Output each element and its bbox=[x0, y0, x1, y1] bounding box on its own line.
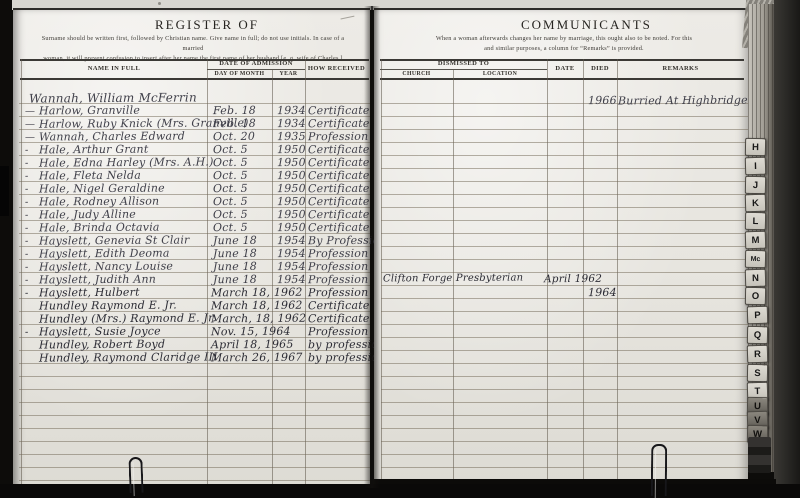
entry-name: Hale, Rodney Allison bbox=[39, 194, 159, 208]
entry-dash: - bbox=[25, 235, 29, 246]
entry-name: Hale, Fleta Nelda bbox=[39, 168, 141, 182]
entry-dash: - bbox=[25, 170, 29, 181]
entry-remarks: Burried At Highbridge bbox=[618, 93, 748, 107]
entry-name: Hundley (Mrs.) Raymond E. Jr. bbox=[39, 311, 216, 325]
entry-year: 1950 bbox=[277, 155, 306, 168]
entry-year: 1954 bbox=[277, 246, 306, 259]
paper-clip-wire bbox=[133, 462, 138, 496]
index-tab-s: S bbox=[747, 364, 768, 382]
index-tab-p: P bbox=[747, 306, 768, 325]
communicant-row: 1966Burried At Highbridge bbox=[374, 94, 748, 107]
entry-dash: - bbox=[25, 248, 29, 259]
col-date-of-admission: DATE OF ADMISSION bbox=[207, 60, 305, 67]
register-row: -Hale, Arthur GrantOct. 51950Certificate bbox=[13, 143, 370, 156]
entry-how-received: Certificate bbox=[308, 181, 370, 194]
register-row: -Hayslett, Nancy LouiseJune 181954Profes… bbox=[13, 260, 370, 273]
index-tab-l: L bbox=[745, 212, 766, 230]
bottom-edge bbox=[0, 484, 800, 498]
entry-date-full: Nov. 15, 1964 bbox=[211, 324, 291, 338]
entry-day: Oct. 5 bbox=[213, 207, 248, 220]
register-row: Hundley, Robert BoydApril 18, 1965by pro… bbox=[13, 338, 370, 351]
entry-day: Feb. 18 bbox=[213, 103, 256, 116]
entry-dash: — bbox=[25, 118, 35, 129]
col-year: YEAR bbox=[272, 71, 305, 77]
entry-day: Oct. 5 bbox=[213, 220, 248, 233]
entry-died: 1964 bbox=[588, 285, 617, 298]
entry-year: 1954 bbox=[277, 233, 306, 246]
entry-name: Hayslett, Susie Joyce bbox=[39, 324, 161, 338]
entry-day: Feb. 18 bbox=[213, 116, 256, 129]
index-tab-r: R bbox=[747, 345, 768, 364]
register-row: -Hale, Rodney AllisonOct. 51950Certifica… bbox=[13, 195, 370, 208]
entry-dash: - bbox=[25, 326, 29, 337]
register-row: Hundley Raymond E. Jr.March 18, 1962Cert… bbox=[13, 299, 370, 312]
entry-how-received: Profession bbox=[308, 246, 368, 259]
left-page-title: REGISTER OF bbox=[155, 17, 259, 33]
entry-dismissed-date: April 1962 bbox=[544, 272, 602, 284]
entry-how-received: Certificate bbox=[308, 142, 370, 155]
entry-name: Hale, Arthur Grant bbox=[39, 142, 149, 156]
entry-date-full: April 18, 1965 bbox=[211, 337, 294, 351]
entry-dash: - bbox=[25, 144, 29, 155]
entry-date-full: March 26, 1967 bbox=[211, 350, 303, 364]
col-date: DATE bbox=[547, 65, 583, 72]
entry-dash: — bbox=[25, 131, 35, 142]
index-tab-j: J bbox=[745, 176, 766, 194]
entry-dash: - bbox=[25, 209, 29, 220]
entry-day: June 18 bbox=[213, 272, 257, 285]
entry-how-received: Profession bbox=[308, 259, 368, 272]
entry-name: Hale, Judy Alline bbox=[39, 207, 136, 221]
entry-year: 1934 bbox=[277, 103, 306, 116]
index-tab-m: M bbox=[745, 231, 766, 250]
entry-name: Hale, Brinda Octavia bbox=[39, 220, 160, 234]
entry-name: Hale, Edna Harley (Mrs. A.H.) bbox=[39, 155, 214, 169]
entry-dash: - bbox=[25, 157, 29, 168]
header-band-bottom-rule bbox=[380, 78, 744, 80]
entry-dash: - bbox=[25, 287, 29, 298]
col-day-of-month: DAY OF MONTH bbox=[207, 71, 272, 77]
index-tab-h: H bbox=[745, 138, 766, 156]
register-row: —Harlow, Ruby Knick (Mrs. Granville)Feb.… bbox=[13, 117, 370, 130]
entry-day: June 18 bbox=[213, 233, 257, 246]
register-row: -Hayslett, Judith AnnJune 181954Professi… bbox=[13, 273, 370, 286]
register-book-scan: REGISTER OF Surname should be written fi… bbox=[0, 0, 800, 498]
entry-how-received: Profession bbox=[308, 285, 368, 298]
register-row: -Hale, Nigel GeraldineOct. 51950Certific… bbox=[13, 182, 370, 195]
register-row: Wannah, William McFerrin bbox=[13, 91, 370, 104]
register-row: Hundley (Mrs.) Raymond E. Jr.March, 18, … bbox=[13, 312, 370, 325]
register-row: —Harlow, GranvilleFeb. 181934Certificate bbox=[13, 104, 370, 117]
entry-year: 1954 bbox=[277, 259, 306, 272]
entry-day: Oct. 5 bbox=[213, 155, 248, 168]
pencil-mark bbox=[158, 2, 161, 5]
register-row: —Wannah, Charles EdwardOct. 201935Profes… bbox=[13, 130, 370, 143]
entry-dash: - bbox=[25, 183, 29, 194]
entry-died: 1966 bbox=[588, 93, 617, 106]
left-page: REGISTER OF Surname should be written fi… bbox=[13, 8, 370, 489]
entry-dash: - bbox=[25, 196, 29, 207]
entry-how-received: Profession bbox=[308, 272, 368, 285]
entry-day: June 18 bbox=[213, 246, 257, 259]
entry-year: 1950 bbox=[277, 220, 306, 233]
entry-how-received: Profession bbox=[308, 129, 368, 142]
index-tabs-shadowed bbox=[748, 437, 771, 473]
header-band-bottom-rule bbox=[20, 78, 369, 80]
date-group-underline bbox=[207, 69, 305, 70]
entry-dash: - bbox=[25, 261, 29, 272]
entry-year: 1935 bbox=[277, 129, 306, 142]
col-how-received: HOW RECEIVED bbox=[305, 65, 368, 72]
header-band-top-rule bbox=[20, 59, 369, 61]
register-row: -Hayslett, Genevia St ClairJune 181954By… bbox=[13, 234, 370, 247]
register-row: -Hayslett, Edith DeomaJune 181954Profess… bbox=[13, 247, 370, 260]
index-tab-k: K bbox=[745, 194, 766, 213]
entry-day: Oct. 5 bbox=[213, 194, 248, 207]
right-page: COMMUNICANTS When a woman afterwards cha… bbox=[374, 8, 748, 483]
index-tab-n: N bbox=[745, 269, 766, 288]
index-tab-mc: Mc bbox=[745, 250, 766, 268]
entry-name: Hayslett, Nancy Louise bbox=[39, 259, 173, 273]
entry-name: Harlow, Granville bbox=[39, 103, 140, 117]
entry-year: 1934 bbox=[277, 116, 306, 129]
entry-year: 1950 bbox=[277, 142, 306, 155]
communicant-row: 1964 bbox=[374, 286, 748, 299]
entry-year: 1954 bbox=[277, 272, 306, 285]
entry-how-received: Profession bbox=[308, 324, 368, 337]
col-died: DIED bbox=[583, 65, 617, 72]
book-cover-edge bbox=[774, 0, 800, 498]
entry-how-received: Certificate bbox=[308, 194, 370, 207]
entry-dash: - bbox=[25, 274, 29, 285]
entry-how-received: Certificate bbox=[308, 155, 370, 168]
col-church: CHURCH bbox=[380, 71, 453, 77]
entry-day: Oct. 20 bbox=[213, 129, 255, 142]
register-row: -Hale, Edna Harley (Mrs. A.H.)Oct. 51950… bbox=[13, 156, 370, 169]
entry-name: Wannah, Charles Edward bbox=[39, 129, 185, 143]
scan-edge-notch bbox=[0, 166, 9, 216]
entry-name: Hayslett, Judith Ann bbox=[39, 272, 156, 286]
entry-year: 1950 bbox=[277, 207, 306, 220]
entry-date-full: March 18, 1962 bbox=[211, 285, 303, 299]
entry-how-received: Certificate bbox=[308, 103, 370, 116]
entry-dash: — bbox=[25, 105, 35, 116]
col-dismissed-to: DISMISSED TO bbox=[380, 60, 547, 67]
register-row: -Hayslett, HulbertMarch 18, 1962Professi… bbox=[13, 286, 370, 299]
entry-name: Hayslett, Genevia St Clair bbox=[39, 233, 190, 247]
index-tab-o: O bbox=[745, 287, 766, 305]
entry-day: June 18 bbox=[213, 259, 257, 272]
entry-name: Hale, Nigel Geraldine bbox=[39, 181, 165, 195]
index-tab-q: Q bbox=[747, 326, 768, 344]
entry-name: Hundley Raymond E. Jr. bbox=[39, 298, 177, 312]
entry-year: 1950 bbox=[277, 168, 306, 181]
right-page-title: COMMUNICANTS bbox=[521, 17, 652, 33]
entry-date-full: March, 18, 1962 bbox=[211, 311, 306, 325]
dismissed-to-underline bbox=[380, 69, 547, 70]
communicant-row: Clifton Forge PresbyterianApril 1962 bbox=[374, 273, 748, 286]
register-row: -Hayslett, Susie JoyceNov. 15, 1964Profe… bbox=[13, 325, 370, 338]
entry-name: Hayslett, Hulbert bbox=[39, 285, 140, 299]
paper-clip-wire bbox=[655, 449, 659, 498]
entry-dismissed-church: Clifton Forge Presbyterian bbox=[383, 272, 523, 284]
entry-how-received: Certificate bbox=[308, 116, 370, 129]
entry-year: 1950 bbox=[277, 194, 306, 207]
entry-date-full: March 18, 1962 bbox=[211, 298, 303, 312]
paper-clip-left bbox=[128, 457, 143, 493]
entry-name: Hayslett, Edith Deoma bbox=[39, 246, 170, 260]
entry-year: 1950 bbox=[277, 181, 306, 194]
col-remarks: REMARKS bbox=[617, 65, 744, 72]
entry-day: Oct. 5 bbox=[213, 168, 248, 181]
paper-clip-right bbox=[651, 444, 667, 496]
entry-day: Oct. 5 bbox=[213, 181, 248, 194]
entry-how-received: Certificate bbox=[308, 207, 370, 220]
entry-name: Hundley, Raymond Claridge III bbox=[39, 350, 218, 364]
register-row: -Hale, Brinda OctaviaOct. 51950Certifica… bbox=[13, 221, 370, 234]
entry-how-received: Certificate bbox=[308, 220, 370, 233]
entry-name: Hundley, Robert Boyd bbox=[39, 337, 165, 351]
register-row: -Hale, Fleta NeldaOct. 51950Certificate bbox=[13, 169, 370, 182]
entry-dash: - bbox=[25, 222, 29, 233]
entry-how-received: Certificate bbox=[308, 311, 370, 324]
col-name-in-full: NAME IN FULL bbox=[21, 65, 207, 72]
register-row: Hundley, Raymond Claridge IIIMarch 26, 1… bbox=[13, 351, 370, 364]
entry-day: Oct. 5 bbox=[213, 142, 248, 155]
entry-how-received: Certificate bbox=[308, 168, 370, 181]
book-gutter-line bbox=[371, 6, 373, 486]
col-location: LOCATION bbox=[453, 71, 547, 77]
right-page-instructions: When a woman afterwards changes her name… bbox=[419, 34, 709, 54]
entry-how-received: Certificate bbox=[308, 298, 370, 311]
register-row: -Hale, Judy AllineOct. 51950Certificate bbox=[13, 208, 370, 221]
index-tab-i: I bbox=[745, 157, 766, 176]
